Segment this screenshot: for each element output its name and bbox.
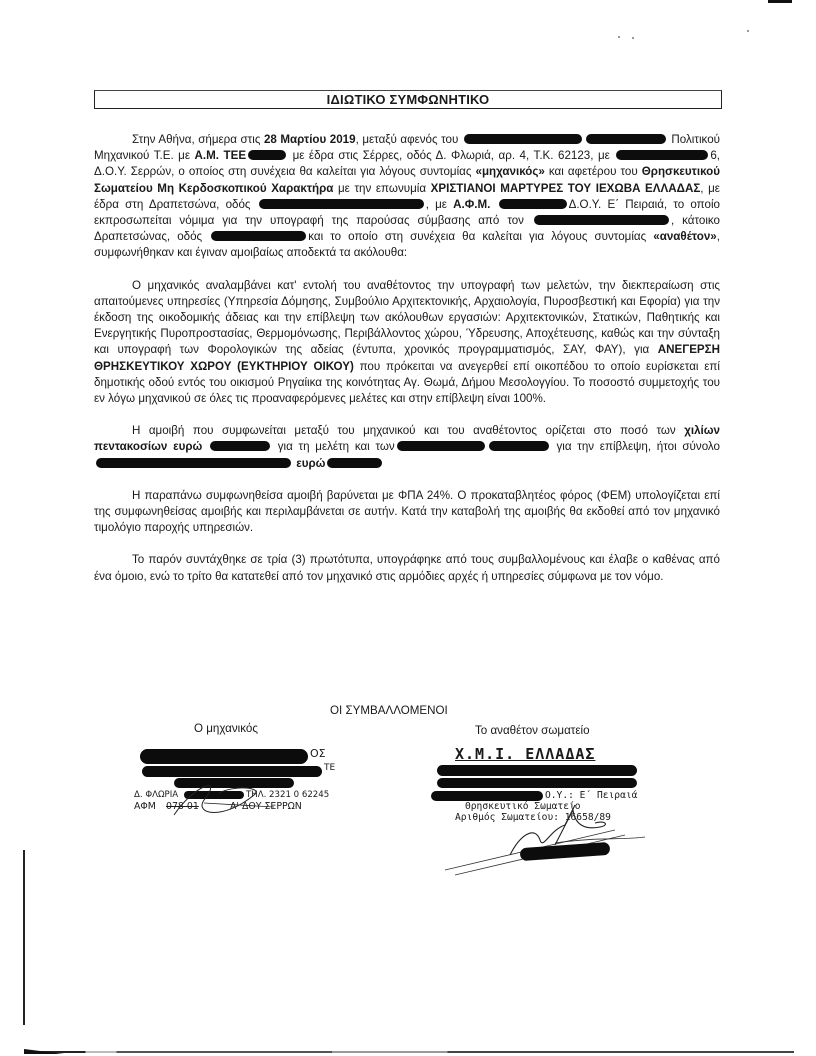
engineer-signature-scribble xyxy=(134,745,354,835)
redacted-total-fee xyxy=(96,458,291,468)
redacted-engineer-name xyxy=(586,134,666,144)
client-signature-label: Το αναθέτον σωματείο xyxy=(475,724,590,737)
signatories-heading: ΟΙ ΣΥΜΒΑΛΛΟΜΕΝΟΙ xyxy=(330,704,448,717)
client-short-term: «αναθέτον» xyxy=(653,230,716,243)
redacted-tax-id xyxy=(616,150,708,160)
text: με έδρα στις Σέρρες, οδός Δ. Φλωριά, αρ.… xyxy=(288,149,614,162)
scan-speck xyxy=(747,30,749,32)
redacted-representative xyxy=(534,215,669,225)
redacted-street xyxy=(211,231,306,241)
redacted-afm xyxy=(499,199,567,209)
text: Ο μηχανικός αναλαμβάνει κατ' εντολή του … xyxy=(94,279,720,357)
redacted-supervision-fee xyxy=(397,441,485,451)
redacted-engineer-name xyxy=(464,134,582,144)
engineer-short-term: «μηχανικός» xyxy=(476,165,545,178)
text: , με xyxy=(426,198,453,211)
text: , μεταξύ αφενός του xyxy=(356,133,462,146)
scan-bottom-wedge xyxy=(24,1049,64,1054)
engineer-stamp: ΟΣ ΤΕ Δ. ΦΛΩΡΙΑ ΤΗΛ. 2321 0 62245 ΑΦΜ 07… xyxy=(134,745,354,825)
redacted-fee-amount xyxy=(210,441,270,451)
engineer-signature-label: Ο μηχανικός xyxy=(194,722,258,735)
paragraph-parties: Στην Αθήνα, σήμερα στις 28 Μαρτίου 2019,… xyxy=(94,132,720,262)
afm-label: Α.Φ.Μ. xyxy=(453,198,490,211)
redacted-total-amount xyxy=(327,458,382,468)
currency-word: ευρώ xyxy=(293,457,325,470)
organization-stamp: Χ.Μ.Ι. ΕΛΛΑΔΑΣ Ο.Υ.: Ε΄ Πειραιά Θρησκευτ… xyxy=(425,745,665,885)
contract-date: 28 Μαρτίου 2019 xyxy=(264,133,356,146)
text: και το οποίο στη συνέχεια θα καλείται γι… xyxy=(308,230,653,243)
scan-speck xyxy=(618,36,620,38)
redacted-address xyxy=(259,199,424,209)
scan-corner-artifact xyxy=(768,0,792,3)
tee-number-label: Α.Μ. ΤΕΕ xyxy=(195,149,247,162)
document-title: ΙΔΙΩΤΙΚΟ ΣΥΜΦΩΝΗΤΙΚΟ xyxy=(94,90,722,109)
scan-speck xyxy=(632,37,634,39)
representative-signature xyxy=(425,745,665,885)
scan-bottom-edge xyxy=(24,1051,794,1053)
scanned-contract-page: ΙΔΙΩΤΙΚΟ ΣΥΜΦΩΝΗΤΙΚΟ Στην Αθήνα, σήμερα … xyxy=(0,0,816,1056)
text: για την επίβλεψη, ήτοι σύνολο xyxy=(551,440,720,453)
redacted-supervision-amount xyxy=(489,441,549,451)
paragraph-copies: Το παρόν συντάχθηκε σε τρία (3) πρωτότυπ… xyxy=(94,552,720,584)
scan-edge-line xyxy=(23,850,25,1025)
paragraph-vat: Η παραπάνω συμφωνηθείσα αμοιβή βαρύνεται… xyxy=(94,488,720,537)
paragraph-scope: Ο μηχανικός αναλαμβάνει κατ' εντολή του … xyxy=(94,278,720,408)
paragraph-fee: Η αμοιβή που συμφωνείται μεταξύ του μηχα… xyxy=(94,423,720,472)
redacted-tee-number xyxy=(248,150,286,160)
text: για τη μελέτη και των xyxy=(272,440,395,453)
contract-body: Στην Αθήνα, σήμερα στις 28 Μαρτίου 2019,… xyxy=(94,132,720,601)
text: και αφετέρου του xyxy=(545,165,642,178)
organization-name: ΧΡΙΣΤΙΑΝΟΙ ΜΑΡΤΥΡΕΣ ΤΟΥ ΙΕΧΩΒΑ ΕΛΛΑΔΑΣ xyxy=(431,182,701,195)
text: Στην Αθήνα, σήμερα στις xyxy=(132,133,264,146)
text: Η αμοιβή που συμφωνείται μεταξύ του μηχα… xyxy=(132,424,684,437)
text: με την επωνυμία xyxy=(333,182,430,195)
